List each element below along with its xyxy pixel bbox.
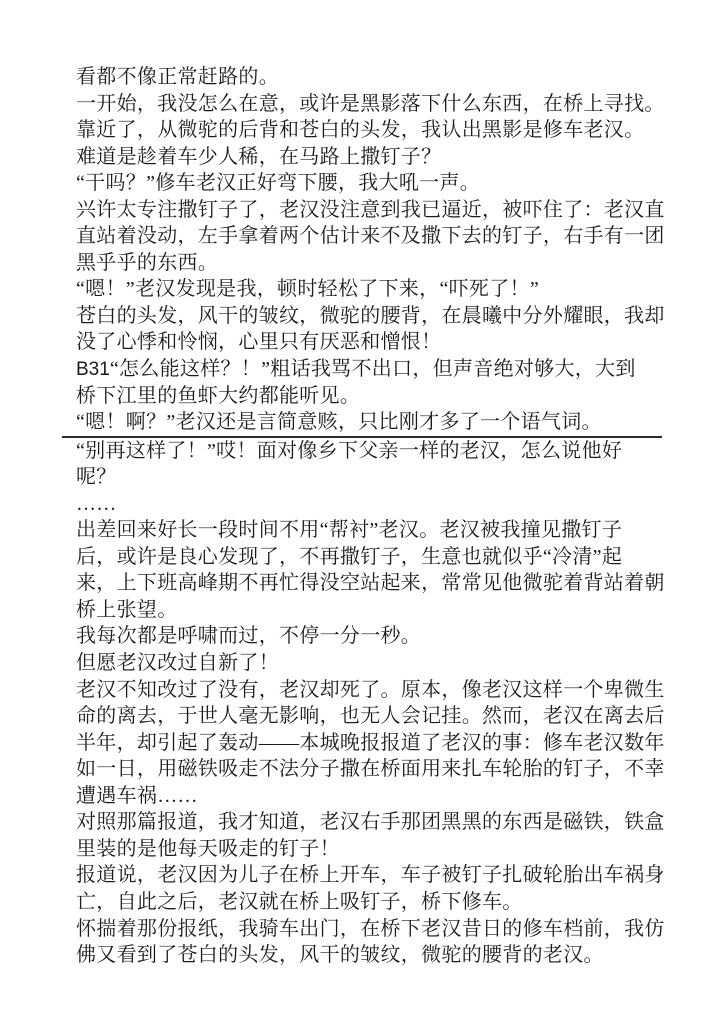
text-line: 难道是趁着车少人稀，在马路上撒钉子？ (76, 144, 656, 171)
text-line: 看都不像正常赶路的。 (76, 64, 656, 91)
text-line: 桥下江里的鱼虾大约都能听见。 (76, 383, 656, 410)
text-line: “嗯！”老汉发现是我，顿时轻松了下来，“吓死了！” (76, 276, 656, 303)
text-line: 来，上下班高峰期不再忙得没空站起来，常常见他微驼着背站着朝 (76, 570, 656, 597)
text-line: 桥上张望。 (76, 597, 656, 624)
text-line: 老汉不知改过了没有，老汉却死了。原本，像老汉这样一个卑微生 (76, 677, 656, 704)
text-line: “别再这样了！”哎！面对像乡下父亲一样的老汉，怎么说他好 (76, 438, 656, 465)
text-line: 但愿老汉改过自新了！ (76, 650, 656, 677)
text-line: 怀揣着那份报纸，我骑车出门，在桥下老汉昔日的修车档前，我仿 (76, 916, 656, 943)
text-line: 如一日，用磁铁吸走不法分子撒在桥面用来扎车轮胎的钉子，不幸 (76, 756, 656, 783)
text-line: 靠近了，从微驼的后背和苍白的头发，我认出黑影是修车老汉。 (76, 117, 656, 144)
text-line: 亡，自此之后，老汉就在桥上吸钉子，桥下修车。 (76, 889, 656, 916)
text-line: 没了心悸和怜悯，心里只有厌恶和憎恨！ (76, 329, 656, 356)
text-line: 一开始，我没怎么在意，或许是黑影落下什么东西，在桥上寻找。 (76, 91, 656, 118)
text-line: 里装的是他每天吸走的钉子！ (76, 836, 656, 863)
text-line: …… (76, 491, 656, 518)
text-line: 对照那篇报道，我才知道，老汉右手那团黑黑的东西是磁铁，铁盒 (76, 809, 656, 836)
text-line: 半年，却引起了轰动——本城晚报报道了老汉的事：修车老汉数年 (76, 730, 656, 757)
text-line: B31“怎么能这样？！”粗话我骂不出口，但声音绝对够大，大到 (76, 356, 656, 383)
document-text: 看都不像正常赶路的。一开始，我没怎么在意，或许是黑影落下什么东西，在桥上寻找。靠… (76, 64, 656, 969)
text-line: 佛又看到了苍白的头发，风干的皱纹，微驼的腰背的老汉。 (76, 942, 656, 969)
text-line: 苍白的头发，风干的皱纹，微驼的腰背，在晨曦中分外耀眼，我却 (76, 303, 656, 330)
text-line: 出差回来好长一段时间不用“帮衬”老汉。老汉被我撞见撒钉子 (76, 517, 656, 544)
text-line: “干吗？”修车老汉正好弯下腰，我大吼一声。 (76, 170, 656, 197)
text-line: 兴许太专注撒钉子了，老汉没注意到我已逼近，被吓住了：老汉直 (76, 197, 656, 224)
text-line-content: “怎么能这样？！”粗话我骂不出口，但声音绝对够大，大到 (110, 358, 636, 380)
text-line: 报道说，老汉因为儿子在桥上开车，车子被钉子扎破轮胎出车祸身 (76, 862, 656, 889)
text-line: 黑乎乎的东西。 (76, 250, 656, 277)
underlined-text-line: “嗯！啊？”老汉还是言简意赅，只比刚才多了一个语气词。 (62, 409, 662, 438)
text-line: 直站着没动，左手拿着两个估计来不及撒下去的钉子，右手有一团 (76, 223, 656, 250)
text-line: 我每次都是呼啸而过，不停一分一秒。 (76, 623, 656, 650)
text-line: 后，或许是良心发现了，不再撒钉子，生意也就似乎“冷清”起 (76, 544, 656, 571)
text-line: 遭遇车祸…… (76, 783, 656, 810)
document-page: 看都不像正常赶路的。一开始，我没怎么在意，或许是黑影落下什么东西，在桥上寻找。靠… (0, 0, 724, 1024)
text-line: 呢？ (76, 464, 656, 491)
text-line: 命的离去，于世人毫无影响，也无人会记挂。然而，老汉在离去后 (76, 703, 656, 730)
b31-label: B31 (76, 359, 110, 380)
